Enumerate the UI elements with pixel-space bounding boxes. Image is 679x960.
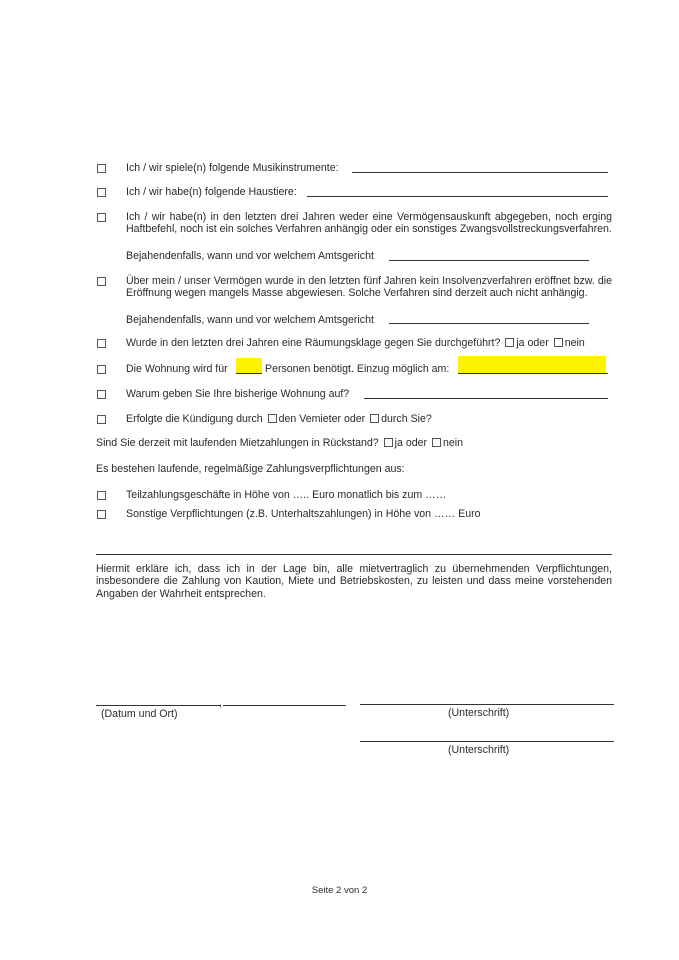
checkbox-eviction[interactable]	[97, 339, 106, 348]
arrears-question: Sind Sie derzeit mit laufenden Mietzahlu…	[96, 437, 379, 449]
insolvency-followup: Bejahendenfalls, wann und vor welchem Am…	[126, 314, 374, 326]
termination-landlord-label: den Vemieter oder	[279, 413, 366, 425]
eviction-yes-label: ja oder	[516, 337, 548, 349]
eviction-question: Wurde in den letzten drei Jahren eine Rä…	[126, 337, 500, 349]
separator-line	[96, 554, 612, 555]
persons-before: Die Wohnung wird für	[126, 363, 228, 375]
insolvency-court-line[interactable]	[389, 323, 589, 324]
arrears-row: Sind Sie derzeit mit laufenden Mietzahlu…	[96, 437, 463, 449]
checkbox-termination[interactable]	[97, 415, 106, 424]
arrears-no-label: nein	[443, 437, 463, 449]
pets-label: Ich / wir habe(n) folgende Haustiere:	[126, 186, 297, 198]
signature-line-2[interactable]	[360, 741, 614, 742]
termination-tenant-label: durch Sie?	[381, 413, 432, 425]
music-input-line[interactable]	[352, 172, 608, 173]
checkbox-reason[interactable]	[97, 390, 106, 399]
persons-count-field[interactable]	[236, 358, 262, 374]
checkbox-installments[interactable]	[97, 491, 106, 500]
eviction-row: Wurde in den letzten drei Jahren eine Rä…	[126, 337, 585, 349]
date-place-comma: ,	[219, 697, 222, 709]
insolvency-text: Über mein / unser Vermögen wurde in den …	[126, 275, 612, 300]
signature-line-1[interactable]	[360, 704, 614, 705]
checkbox-termination-tenant[interactable]	[370, 414, 379, 423]
checkbox-arrears-yes[interactable]	[384, 438, 393, 447]
date-place-label: (Datum und Ort)	[101, 708, 178, 720]
termination-before: Erfolgte die Kündigung durch	[126, 413, 263, 425]
declaration-text: Hiermit erkläre ich, dass ich in der Lag…	[96, 563, 612, 600]
date-line[interactable]	[96, 705, 220, 706]
pets-input-line[interactable]	[307, 196, 608, 197]
checkbox-other-obligations[interactable]	[97, 510, 106, 519]
persons-count-line	[236, 373, 262, 374]
place-line[interactable]	[223, 705, 346, 706]
arrears-yes-label: ja oder	[395, 437, 427, 449]
enforcement-court-line[interactable]	[389, 260, 589, 261]
music-label: Ich / wir spiele(n) folgende Musikinstru…	[126, 162, 339, 174]
checkbox-eviction-no[interactable]	[554, 338, 563, 347]
checkbox-music[interactable]	[97, 164, 106, 173]
checkbox-persons[interactable]	[97, 365, 106, 374]
page-number: Seite 2 von 2	[0, 885, 679, 897]
move-in-date-line	[458, 373, 608, 374]
persons-after: Personen benötigt. Einzug möglich am:	[265, 363, 449, 375]
other-obligations-text: Sonstige Verpflichtungen (z.B. Unterhalt…	[126, 508, 481, 520]
enforcement-text: Ich / wir habe(n) in den letzten drei Ja…	[126, 211, 612, 236]
enforcement-followup: Bejahendenfalls, wann und vor welchem Am…	[126, 250, 374, 262]
move-in-date-field[interactable]	[458, 356, 606, 374]
signature-label-2: (Unterschrift)	[448, 744, 509, 756]
checkbox-insolvency[interactable]	[97, 277, 106, 286]
reason-input-line[interactable]	[364, 398, 608, 399]
eviction-no-label: nein	[565, 337, 585, 349]
installments-text: Teilzahlungsgeschäfte in Höhe von ….. Eu…	[126, 489, 446, 501]
obligations-intro: Es bestehen laufende, regelmäßige Zahlun…	[96, 463, 405, 475]
checkbox-pets[interactable]	[97, 188, 106, 197]
checkbox-arrears-no[interactable]	[432, 438, 441, 447]
checkbox-enforcement[interactable]	[97, 213, 106, 222]
termination-row: Erfolgte die Kündigung durch den Vemiete…	[126, 413, 432, 425]
checkbox-termination-landlord[interactable]	[268, 414, 277, 423]
reason-label: Warum geben Sie Ihre bisherige Wohnung a…	[126, 388, 349, 400]
checkbox-eviction-yes[interactable]	[505, 338, 514, 347]
signature-label-1: (Unterschrift)	[448, 707, 509, 719]
